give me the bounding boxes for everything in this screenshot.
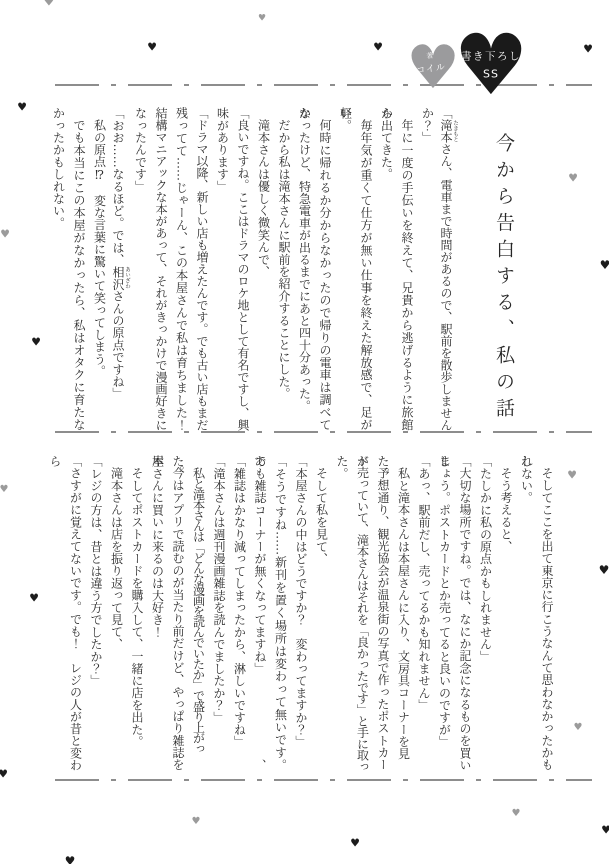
text-column: 私と滝本さんは「どんな漫画を読んでいたか」で盛り上がった。 (188, 455, 209, 771)
text-column: 私の原点⁉ 変な言葉に驚いて笑ってしまう。 (89, 107, 110, 431)
text-column: 「大切な場所ですね。では、なにか記念になるものを買いま (455, 455, 476, 771)
heart-icon: ♥ (373, 42, 383, 53)
book-page: ♥ ♥ 著 コイル 書き下ろし SS 今から告白する、私の話 「滝本たきもとさん… (0, 0, 609, 864)
text-column: 今はアプリで読むのが当たり前だけど、やっぱり雑誌を本 (168, 455, 189, 771)
text-column: だから私は滝本さんに駅前を紹介することにした。 (274, 107, 295, 431)
heart-icon: ♥ (567, 470, 577, 481)
text-column: 「滝本たきもとさん、電車まで時間があるので、駅前を散歩しません (438, 107, 459, 431)
heart-icon: ♥ (65, 855, 76, 864)
heart-icon: ♥ (350, 838, 360, 849)
heart-icon: ♥ (0, 229, 10, 240)
heart-icon: ♥ (574, 723, 583, 733)
text-column: 滝本さんは店を振り返って見て、 (106, 455, 127, 771)
text-column: ら出てきた。 (376, 107, 397, 431)
text-column: そしてポストカードを購入して、一緒に店を出た。 (127, 455, 148, 771)
text-column: 「さすがに覚えてないです。でも！ レジの人が昔と変わら (65, 455, 86, 771)
text-column: 「レジの方は、昔とは違う方でしたか？」 (86, 455, 107, 771)
text-column: 残ってて……じゃーん、この本屋さんで私は育ちました！ (171, 107, 192, 431)
text-column: 「あっ、駅前だし、売ってるかも知れません」 (414, 455, 435, 771)
heart-icon: ♥ (0, 485, 8, 495)
text-column: なったんです」 (130, 107, 151, 431)
heart-icon: ♥ (31, 337, 41, 348)
text-column: そう考えると、 (496, 455, 517, 771)
text-column: れない。 (516, 455, 537, 771)
text-column: そして私を見て、 (311, 455, 332, 771)
text-column: 結構マニアックな本があって、それがきっかけで漫画好きに (151, 107, 172, 431)
ss-heart-icon: ♥ (453, 23, 528, 107)
text-column: かったかもしれない。 (48, 107, 69, 431)
text-column: 味があります」 (212, 107, 233, 431)
heart-icon: ♥ (599, 564, 609, 576)
text-column: 「本屋さんの中はどうですか？ 変わってますか？」 (291, 455, 312, 771)
text-column: 年に一度の手伝いを終えて、兄貴から逃げるように旅館か (397, 107, 418, 431)
text-column: 「滝本さんは週刊漫画雑誌を読んでましたか？」 (209, 455, 230, 771)
heart-icon: ♥ (601, 825, 609, 836)
heart-icon: ♥ (583, 44, 593, 55)
text-column: 私と滝本さんは本屋さんに入り、文房具コーナーを見た。 (393, 455, 414, 771)
text-column: しょう。ポストカードとか売ってると良いのですが」 (434, 455, 455, 771)
text-column: 「そうですね……新刊を置く場所は変わって無いです。あ、 (270, 455, 291, 771)
text-column: か？」 (417, 107, 438, 431)
text-column: い。 (335, 107, 356, 431)
text-column: が売っていて、滝本さんはそれを「良かったです」と手に取っ (352, 455, 373, 771)
text-column: でも本当にこの本屋がなかったら、私はオタクに育たな (69, 107, 90, 431)
heart-icon: ♥ (0, 769, 8, 780)
heart-icon: ♥ (568, 173, 578, 184)
heart-icon: ♥ (43, 0, 55, 9)
heart-icon: ♥ (147, 42, 157, 53)
text-column: 「たしかに私の原点かもしれません」 (475, 455, 496, 771)
divider-dashed (55, 779, 592, 781)
text-column: 毎年気が重くて仕方が無い仕事を終えた解放感で、足が軽 (356, 107, 377, 431)
text-column: 何時に帰れるか分からなかったので帰りの電車は調べてな (315, 107, 336, 431)
text-column: 「ドラマ以降、新しい店も増えたんです。でも古い店もまだ (192, 107, 213, 431)
ss-badge-label-2: SS (483, 68, 499, 81)
heart-icon: ♥ (29, 593, 39, 604)
heart-icon: ♥ (192, 817, 201, 827)
text-column: 「おお……なるほど。では、相沢あいざわさんの原点ですね」 (110, 107, 131, 431)
story-text-bottom: そしてここを出て東京に行こうなんて思わなかったかもしれない。そう考えると、「たし… (65, 455, 557, 771)
heart-icon: ♥ (258, 15, 266, 24)
text-column: 予想通り、観光協会が温泉街の写真で作ったポストカード (373, 455, 394, 771)
text-column: 滝本さんは優しく微笑んで、 (253, 107, 274, 431)
heart-icon: ♥ (512, 809, 521, 819)
text-column: た。 (332, 455, 353, 771)
text-column: 屋さんに買いに来るのは大好き！ (147, 455, 168, 771)
text-column: 「雑誌はかなり減ってしまったから、淋しいですね」 (229, 455, 250, 771)
text-column: そしてここを出て東京に行こうなんて思わなかったかもし (537, 455, 558, 771)
author-label-small: 著 (426, 51, 434, 62)
text-column: 「良いですね。ここはドラマのロケ地として有名ですし、興 (233, 107, 254, 431)
heart-icon: ♥ (600, 259, 609, 271)
story-text-top: 「滝本たきもとさん、電車まで時間があるので、駅前を散歩しませんか？」年に一度の手… (48, 107, 458, 431)
story-title: 今から告白する、私の話 (490, 133, 517, 433)
ss-badge-label: 書き下ろし (461, 49, 521, 64)
heart-icon: ♥ (17, 102, 27, 113)
text-column: かったけど、特急電車が出るまでにあと四十分あった。 (294, 107, 315, 431)
